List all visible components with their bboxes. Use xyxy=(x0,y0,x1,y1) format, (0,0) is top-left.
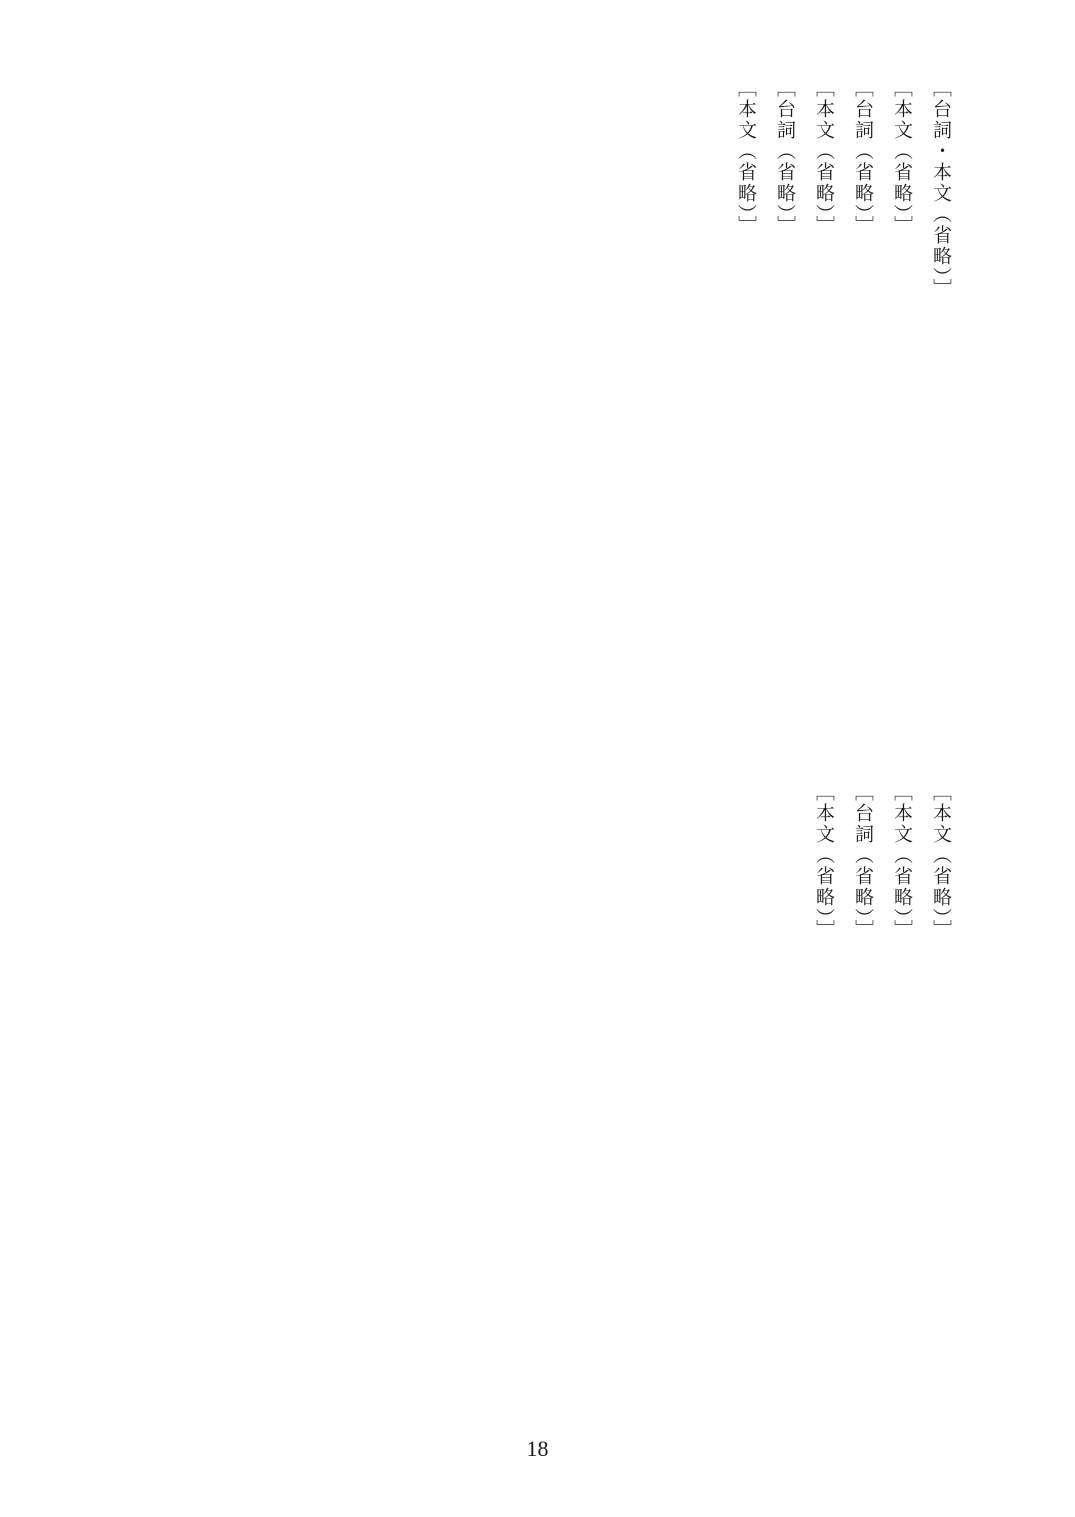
paragraph: ［台詞・本文（省略）］ xyxy=(921,78,960,718)
paragraph: ［本文（省略）］ xyxy=(804,782,843,1422)
paragraph: ［本文（省略）］ xyxy=(921,782,960,1422)
paragraph: ［台詞（省略）］ xyxy=(765,78,804,718)
paragraph: ［本文（省略）］ xyxy=(726,78,765,718)
paragraph: ［本文（省略）］ xyxy=(882,782,921,1422)
paragraph: ［台詞（省略）］ xyxy=(843,78,882,718)
bottom-text-tier: ［本文（省略）］ ［本文（省略）］ ［台詞（省略）］ ［本文（省略）］ xyxy=(100,782,960,1422)
page-number: 18 xyxy=(0,1436,1075,1462)
top-text-tier: ［台詞・本文（省略）］ ［本文（省略）］ ［台詞（省略）］ ［本文（省略）］ ［… xyxy=(100,78,960,718)
paragraph: ［本文（省略）］ xyxy=(882,78,921,718)
paragraph: ［本文（省略）］ xyxy=(804,78,843,718)
paragraph: ［台詞（省略）］ xyxy=(843,782,882,1422)
